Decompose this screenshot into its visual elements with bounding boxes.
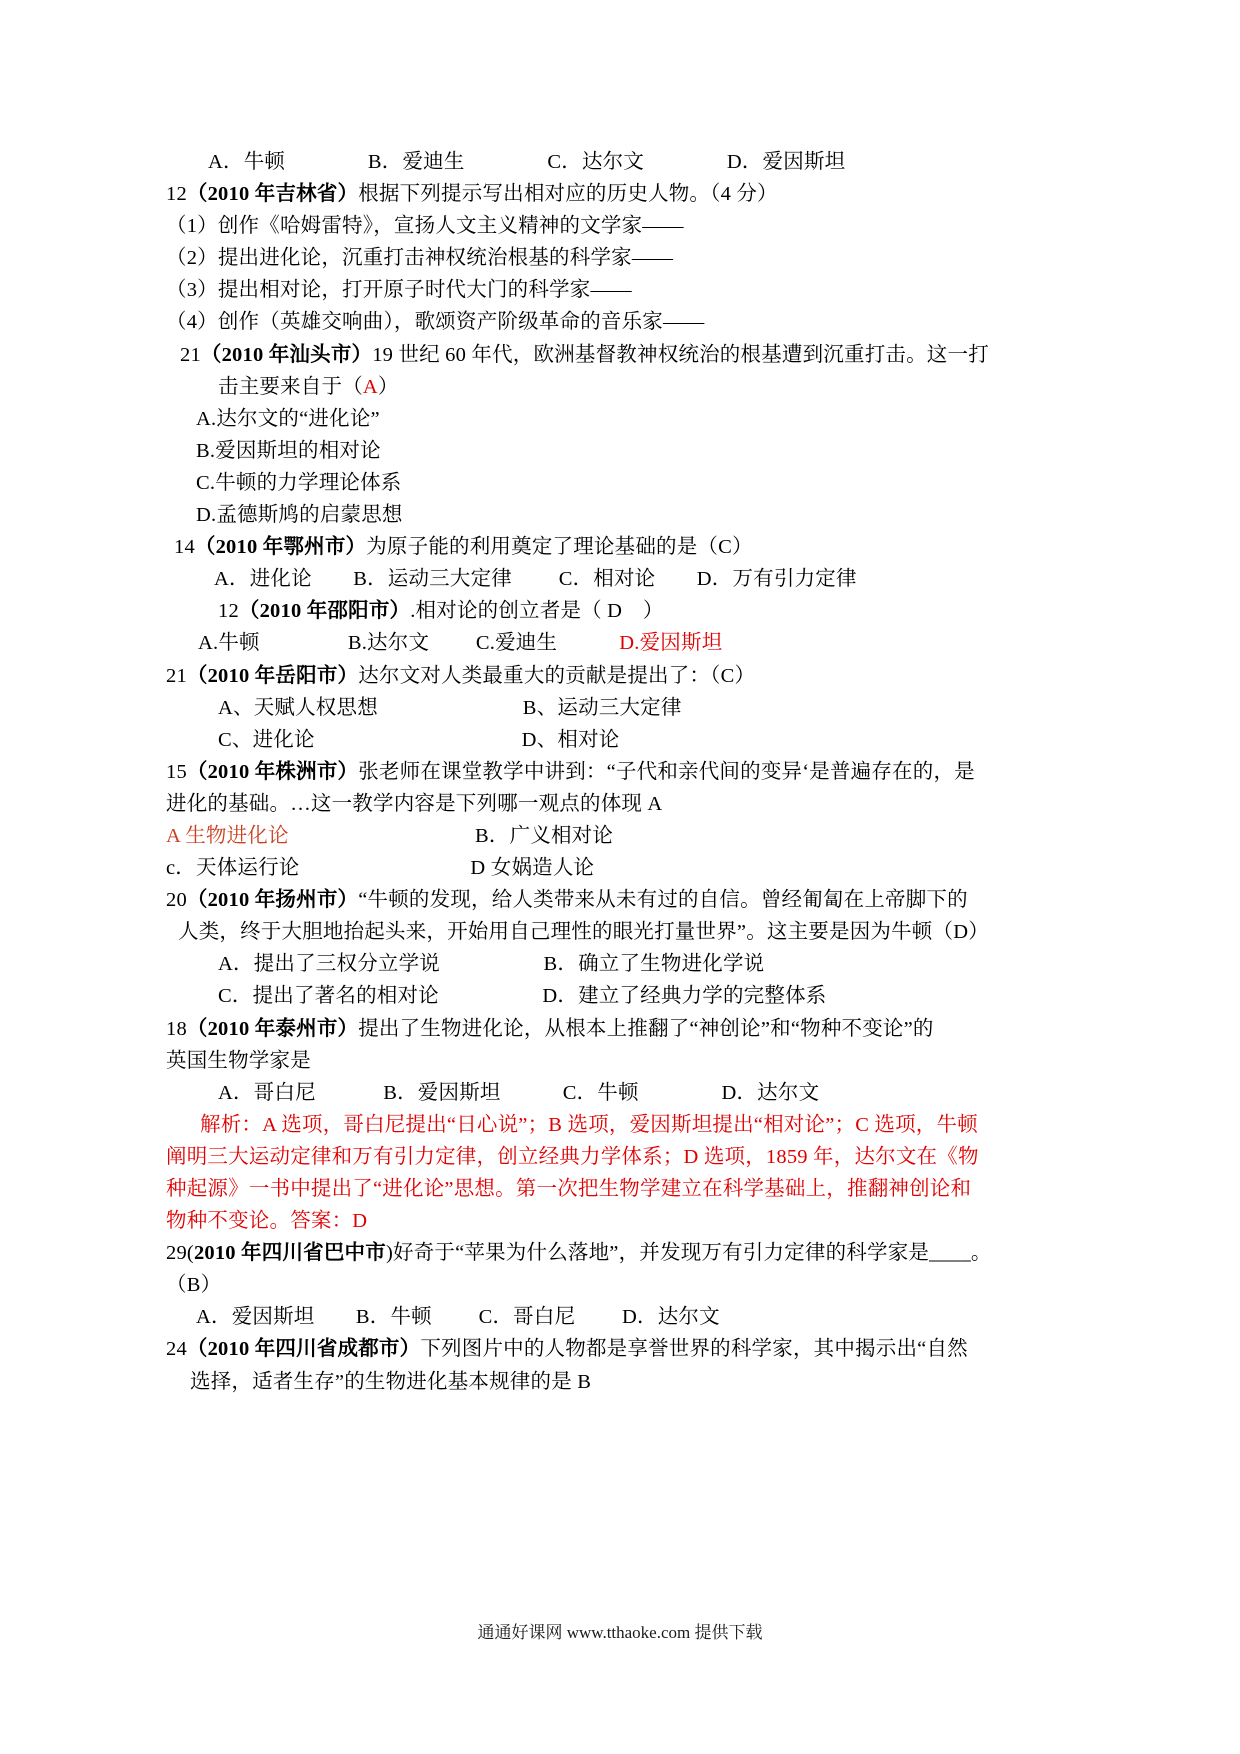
footer-text: 通通好课网 www.tthaoke.com 提供下载 — [0, 1618, 1240, 1643]
text-segment: （2010 年四川省成都市） — [187, 1338, 420, 1360]
text-segment: 15 — [166, 761, 187, 783]
text-line: c．天体运行论 D 女娲造人论 — [166, 852, 1086, 884]
text-segment: （3）提出相对论，打开原子时代大门的科学家—— — [166, 279, 632, 301]
text-segment: （1）创作《哈姆雷特》，宣扬人文主义精神的文学家—— — [166, 215, 684, 237]
text-segment: 19 世纪 60 年代，欧洲基督教神权统治的根基遭到沉重打击。这一打 — [372, 344, 989, 366]
text-segment: 为原子能的利用奠定了理论基础的是（C） — [366, 536, 752, 558]
text-segment: C、进化论 D、相对论 — [218, 729, 619, 751]
text-segment: 29( — [166, 1242, 194, 1264]
text-line: 英国生物学家是 — [166, 1045, 1086, 1077]
text-segment: 人类，终于大胆地抬起头来，开始用自己理性的眼光打量世界”。这主要是因为牛顿（D） — [178, 921, 989, 943]
text-segment: 根据下列提示写出相对应的历史人物。（4 分） — [358, 183, 778, 205]
text-segment: 提出了生物进化论，从根本上推翻了“神创论”和“物种不变论”的 — [358, 1018, 933, 1040]
text-line: C、进化论 D、相对论 — [218, 724, 1086, 756]
text-line: （1）创作《哈姆雷特》，宣扬人文主义精神的文学家—— — [166, 210, 1086, 242]
text-segment: （2010 年汕头市） — [201, 344, 372, 366]
text-segment: A．哥白尼 B．爱因斯坦 C．牛顿 D．达尔文 — [218, 1082, 819, 1104]
text-segment: A．牛顿 B．爱迪生 C．达尔文 D．爱因斯坦 — [208, 151, 845, 173]
text-line: 解析：A 选项，哥白尼提出“日心说”；B 选项，爱因斯坦提出“相对论”；C 选项… — [200, 1109, 1086, 1141]
text-segment: 选择，适者生存”的生物进化基本规律的是 B — [190, 1371, 591, 1393]
text-segment: C．提出了著名的相对论 D．建立了经典力学的完整体系 — [218, 985, 826, 1007]
text-line: 击主要来自于（A） — [218, 371, 1086, 403]
text-line: 进化的基础。…这一教学内容是下列哪一观点的体现 A — [166, 788, 1086, 820]
text-segment: 24 — [166, 1338, 187, 1360]
text-line: 人类，终于大胆地抬起头来，开始用自己理性的眼光打量世界”。这主要是因为牛顿（D） — [178, 916, 1086, 948]
text-line: A．进化论 B．运动三大定律 C．相对论 D．万有引力定律 — [214, 563, 1086, 595]
text-line: 物种不变论。答案：D — [166, 1205, 1086, 1237]
text-line: A．哥白尼 B．爱因斯坦 C．牛顿 D．达尔文 — [218, 1077, 1086, 1109]
text-line: A、天赋人权思想 B、运动三大定律 — [218, 692, 1086, 724]
text-line: 14（2010 年鄂州市）为原子能的利用奠定了理论基础的是（C） — [174, 531, 1086, 563]
text-line: （4）创作（英雄交响曲），歌颂资产阶级革命的音乐家—— — [166, 306, 1086, 338]
text-segment: 21 — [166, 665, 187, 687]
text-segment: A．爱因斯坦 B．牛顿 C．哥白尼 D．达尔文 — [196, 1306, 720, 1328]
text-line: A.牛顿 B.达尔文 C.爱迪生 D.爱因斯坦 — [198, 627, 1086, 659]
text-segment: 14 — [174, 536, 195, 558]
text-segment: A — [363, 376, 378, 398]
text-line: C.牛顿的力学理论体系 — [196, 467, 1086, 499]
text-segment: 12 — [218, 600, 239, 622]
text-line: A．爱因斯坦 B．牛顿 C．哥白尼 D．达尔文 — [196, 1301, 1086, 1333]
text-segment: （2010 年泰州市） — [187, 1018, 358, 1040]
text-segment: 击主要来自于（ — [218, 376, 363, 398]
text-segment: .相对论的创立者是（ D ） — [410, 600, 663, 622]
text-segment: “牛顿的发现，给人类带来从未有过的自信。曾经匍匐在上帝脚下的 — [358, 889, 968, 911]
text-line: A.达尔文的“进化论” — [196, 403, 1086, 435]
text-segment: A．进化论 B．运动三大定律 C．相对论 D．万有引力定律 — [214, 568, 857, 590]
text-segment: 物种不变论。答案：D — [166, 1210, 367, 1232]
text-segment: c．天体运行论 D 女娲造人论 — [166, 857, 594, 879]
document-text-block: A．牛顿 B．爱迪生 C．达尔文 D．爱因斯坦12（2010 年吉林省）根据下列… — [166, 146, 1086, 1398]
text-segment: （2010 年扬州市） — [187, 889, 358, 911]
text-line: B.爱因斯坦的相对论 — [196, 435, 1086, 467]
text-segment: B.爱因斯坦的相对论 — [196, 440, 381, 462]
text-line: 21（2010 年汕头市）19 世纪 60 年代，欧洲基督教神权统治的根基遭到沉… — [180, 339, 1086, 371]
text-line: 21（2010 年岳阳市）达尔文对人类最重大的贡献是提出了：（C） — [166, 660, 1086, 692]
text-segment: 21 — [180, 344, 201, 366]
text-segment: A．提出了三权分立学说 B．确立了生物进化学说 — [218, 953, 764, 975]
text-line: A．牛顿 B．爱迪生 C．达尔文 D．爱因斯坦 — [208, 146, 1086, 178]
text-line: 阐明三大运动定律和万有引力定律，创立经典力学体系；D 选项，1859 年，达尔文… — [166, 1141, 1086, 1173]
text-segment: 下列图片中的人物都是享誉世界的科学家，其中揭示出“自然 — [420, 1338, 968, 1360]
text-segment: 英国生物学家是 — [166, 1050, 311, 1072]
text-line: 24（2010 年四川省成都市）下列图片中的人物都是享誉世界的科学家，其中揭示出… — [166, 1333, 1086, 1365]
text-line: 选择，适者生存”的生物进化基本规律的是 B — [190, 1366, 1086, 1398]
text-segment: D.爱因斯坦 — [619, 632, 722, 654]
text-segment: （2010 年鄂州市） — [195, 536, 366, 558]
text-segment: 18 — [166, 1018, 187, 1040]
text-segment: B．广义相对论 — [289, 825, 613, 847]
text-segment: 解析：A 选项，哥白尼提出“日心说”；B 选项，爱因斯坦提出“相对论”；C 选项… — [200, 1114, 978, 1136]
text-segment: 12 — [166, 183, 187, 205]
text-line: 种起源》一书中提出了“进化论”思想。第一次把生物学建立在科学基础上，推翻神创论和 — [166, 1173, 1086, 1205]
text-segment: 20 — [166, 889, 187, 911]
text-segment: A、天赋人权思想 B、运动三大定律 — [218, 697, 682, 719]
text-segment: （2010 年邵阳市） — [239, 600, 410, 622]
text-segment: 张老师在课堂教学中讲到：“子代和亲代间的变异‘是普遍存在的，是 — [358, 761, 975, 783]
text-segment: ） — [378, 376, 399, 398]
text-line: （B） — [166, 1269, 1086, 1301]
text-line: A．提出了三权分立学说 B．确立了生物进化学说 — [218, 948, 1086, 980]
text-line: （3）提出相对论，打开原子时代大门的科学家—— — [166, 274, 1086, 306]
text-segment: C.牛顿的力学理论体系 — [196, 472, 402, 494]
text-segment: （2010 年吉林省） — [187, 183, 358, 205]
text-segment: （2010 年株洲市） — [187, 761, 358, 783]
text-segment: 达尔文对人类最重大的贡献是提出了：（C） — [358, 665, 755, 687]
document-page: A．牛顿 B．爱迪生 C．达尔文 D．爱因斯坦12（2010 年吉林省）根据下列… — [0, 0, 1240, 1754]
text-line: 12（2010 年吉林省）根据下列提示写出相对应的历史人物。（4 分） — [166, 178, 1086, 210]
text-segment: （4）创作（英雄交响曲），歌颂资产阶级革命的音乐家—— — [166, 311, 704, 333]
text-line: C．提出了著名的相对论 D．建立了经典力学的完整体系 — [218, 980, 1086, 1012]
text-segment: 阐明三大运动定律和万有引力定律，创立经典力学体系；D 选项，1859 年，达尔文… — [166, 1146, 979, 1168]
text-line: 12（2010 年邵阳市）.相对论的创立者是（ D ） — [218, 595, 1086, 627]
text-segment: 2010 年四川省巴中市 — [194, 1242, 386, 1264]
text-line: A 生物进化论 B．广义相对论 — [166, 820, 1086, 852]
text-segment: 种起源》一书中提出了“进化论”思想。第一次把生物学建立在科学基础上，推翻神创论和 — [166, 1178, 971, 1200]
text-segment: （B） — [166, 1274, 221, 1296]
text-line: （2）提出进化论，沉重打击神权统治根基的科学家—— — [166, 242, 1086, 274]
text-line: 29(2010 年四川省巴中市)好奇于“苹果为什么落地”，并发现万有引力定律的科… — [166, 1237, 1086, 1269]
text-line: 20（2010 年扬州市）“牛顿的发现，给人类带来从未有过的自信。曾经匍匐在上帝… — [166, 884, 1086, 916]
text-segment: （2）提出进化论，沉重打击神权统治根基的科学家—— — [166, 247, 673, 269]
text-segment: D.孟德斯鸠的启蒙思想 — [196, 504, 403, 526]
text-segment: A.达尔文的“进化论” — [196, 408, 380, 430]
text-segment: A 生物进化论 — [166, 825, 289, 847]
text-segment: )好奇于“苹果为什么落地”，并发现万有引力定律的科学家是____。 — [386, 1242, 992, 1264]
text-line: D.孟德斯鸠的启蒙思想 — [196, 499, 1086, 531]
text-line: 15（2010 年株洲市）张老师在课堂教学中讲到：“子代和亲代间的变异‘是普遍存… — [166, 756, 1086, 788]
text-segment: 进化的基础。…这一教学内容是下列哪一观点的体现 A — [166, 793, 662, 815]
text-line: 18（2010 年泰州市）提出了生物进化论，从根本上推翻了“神创论”和“物种不变… — [166, 1013, 1086, 1045]
text-segment: （2010 年岳阳市） — [187, 665, 358, 687]
text-segment: A.牛顿 B.达尔文 C.爱迪生 — [198, 632, 619, 654]
